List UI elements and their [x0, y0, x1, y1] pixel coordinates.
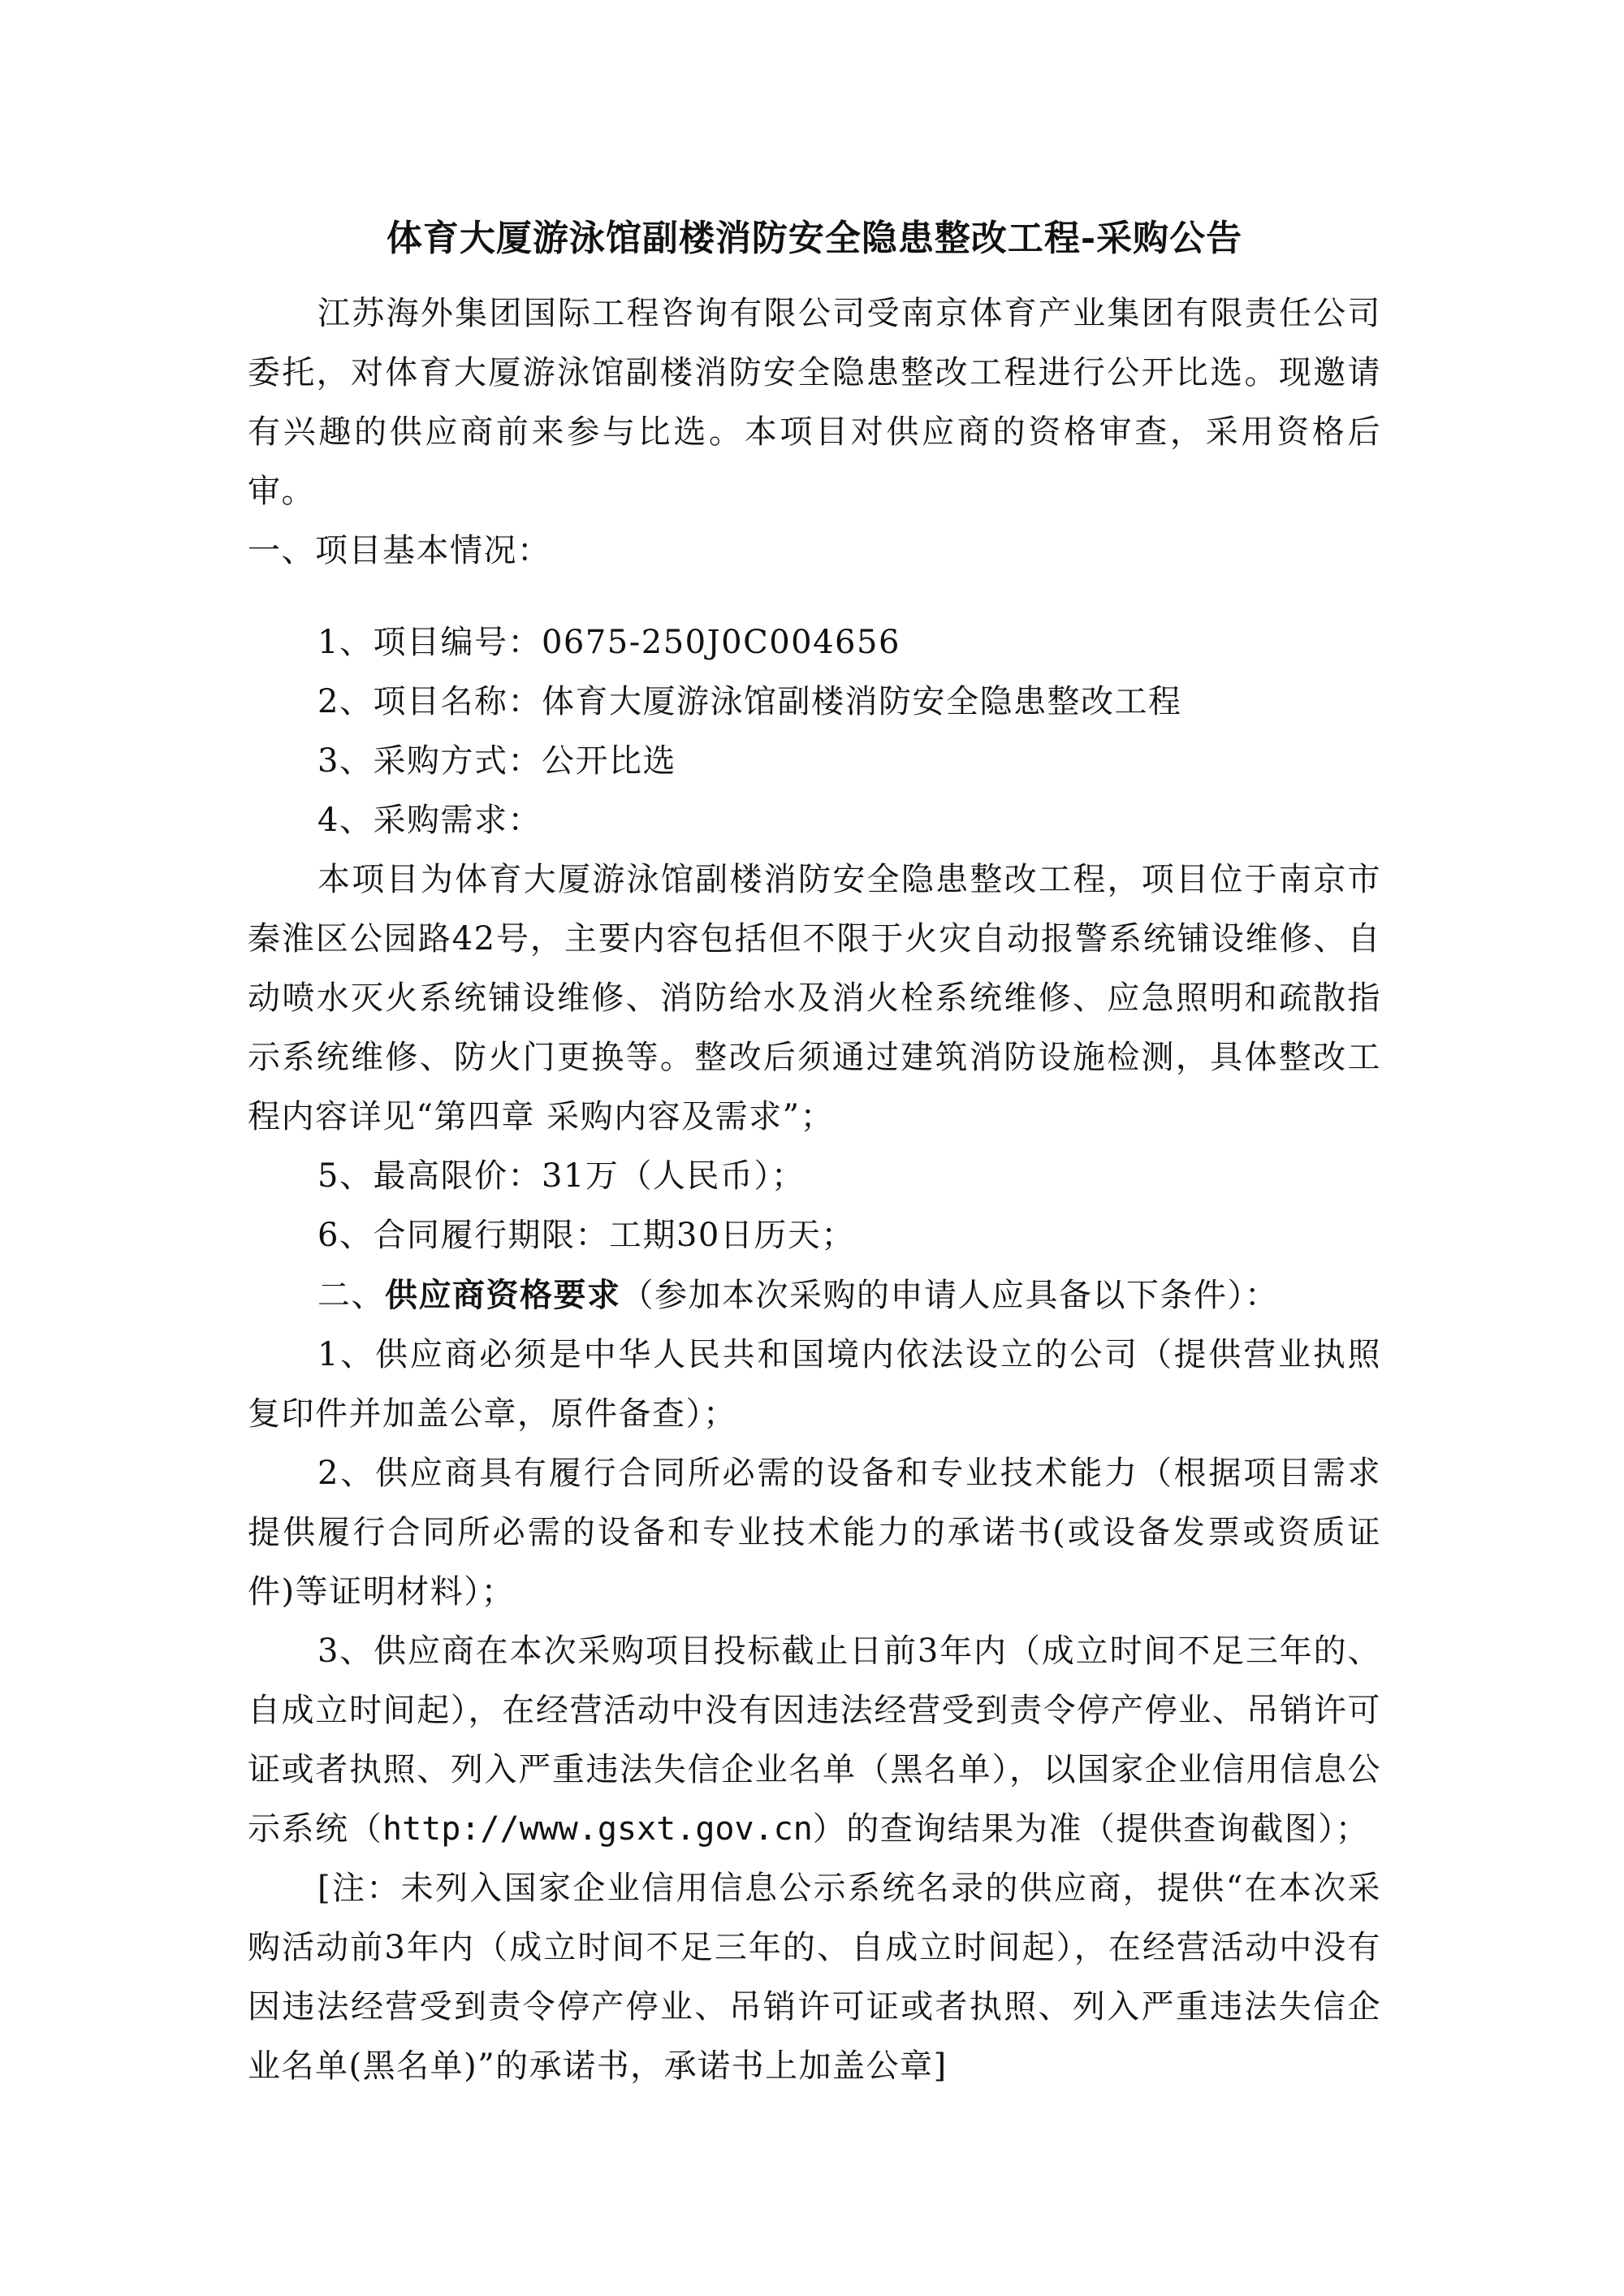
project-name-value: 体育大厦游泳馆副楼消防安全隐患整改工程 — [542, 683, 1182, 720]
section-prefix: 二、 — [317, 1277, 385, 1314]
item-project-name: 2、项目名称：体育大厦游泳馆副楼消防安全隐患整改工程 — [248, 672, 1381, 732]
qualification-3: 3、供应商在本次采购项目投标截止日前3年内（成立时间不足三年的、自成立时间起），… — [248, 1622, 1381, 1859]
document-body: 体育大厦游泳馆副楼消防安全隐患整改工程-采购公告 江苏海外集团国际工程咨询有限公… — [248, 205, 1381, 2096]
item-procurement-method: 3、采购方式：公开比选 — [248, 732, 1381, 791]
section-heading-qualifications: 二、供应商资格要求（参加本次采购的申请人应具备以下条件）： — [248, 1265, 1381, 1325]
item-project-number: 1、项目编号：0675-250J0C004656 — [248, 613, 1381, 672]
section-heading-basic-info: 一、项目基本情况： — [248, 521, 1381, 581]
requirement-description: 本项目为体育大厦游泳馆副楼消防安全隐患整改工程，项目位于南京市秦淮区公园路42号… — [248, 850, 1381, 1147]
qualification-2: 2、供应商具有履行合同所必需的设备和专业技术能力（根据项目需求提供履行合同所必需… — [248, 1444, 1381, 1622]
page-title: 体育大厦游泳馆副楼消防安全隐患整改工程-采购公告 — [248, 205, 1381, 273]
intro-paragraph: 江苏海外集团国际工程咨询有限公司受南京体育产业集团有限责任公司委托，对体育大厦游… — [248, 284, 1381, 521]
qualification-3-text-end: ）的查询结果为准（提供查询截图）； — [813, 1810, 1370, 1848]
item-label: 1、项目编号： — [317, 624, 542, 661]
item-max-price: 5、最高限价：31万（人民币）； — [248, 1147, 1381, 1206]
section-heading-note: （参加本次采购的申请人应具备以下条件）： — [621, 1277, 1279, 1314]
procurement-method-value: 公开比选 — [542, 742, 676, 780]
qualification-1: 1、供应商必须是中华人民共和国境内依法设立的公司（提供营业执照复印件并加盖公章，… — [248, 1325, 1381, 1444]
item-label: 6、合同履行期限： — [317, 1217, 609, 1254]
item-contract-period: 6、合同履行期限：工期30日历天； — [248, 1206, 1381, 1265]
max-price-value: 31万（人民币）； — [542, 1157, 805, 1195]
section-heading-bold: 供应商资格要求 — [385, 1276, 621, 1314]
qualification-note: [注：未列入国家企业信用信息公示系统名录的供应商，提供“在本次采购活动前3年内（… — [248, 1859, 1381, 2096]
item-procurement-requirement: 4、采购需求： — [248, 791, 1381, 850]
item-label: 4、采购需求： — [317, 802, 542, 839]
contract-period-value: 工期30日历天； — [609, 1217, 855, 1254]
document-page: 体育大厦游泳馆副楼消防安全隐患整改工程-采购公告 江苏海外集团国际工程咨询有限公… — [0, 0, 1624, 2296]
item-label: 5、最高限价： — [317, 1157, 542, 1195]
item-label: 2、项目名称： — [317, 683, 542, 720]
item-label: 3、采购方式： — [317, 742, 542, 780]
project-number-value: 0675-250J0C004656 — [542, 624, 901, 661]
gsxt-link[interactable]: http://www.gsxt.gov.cn — [382, 1810, 813, 1848]
